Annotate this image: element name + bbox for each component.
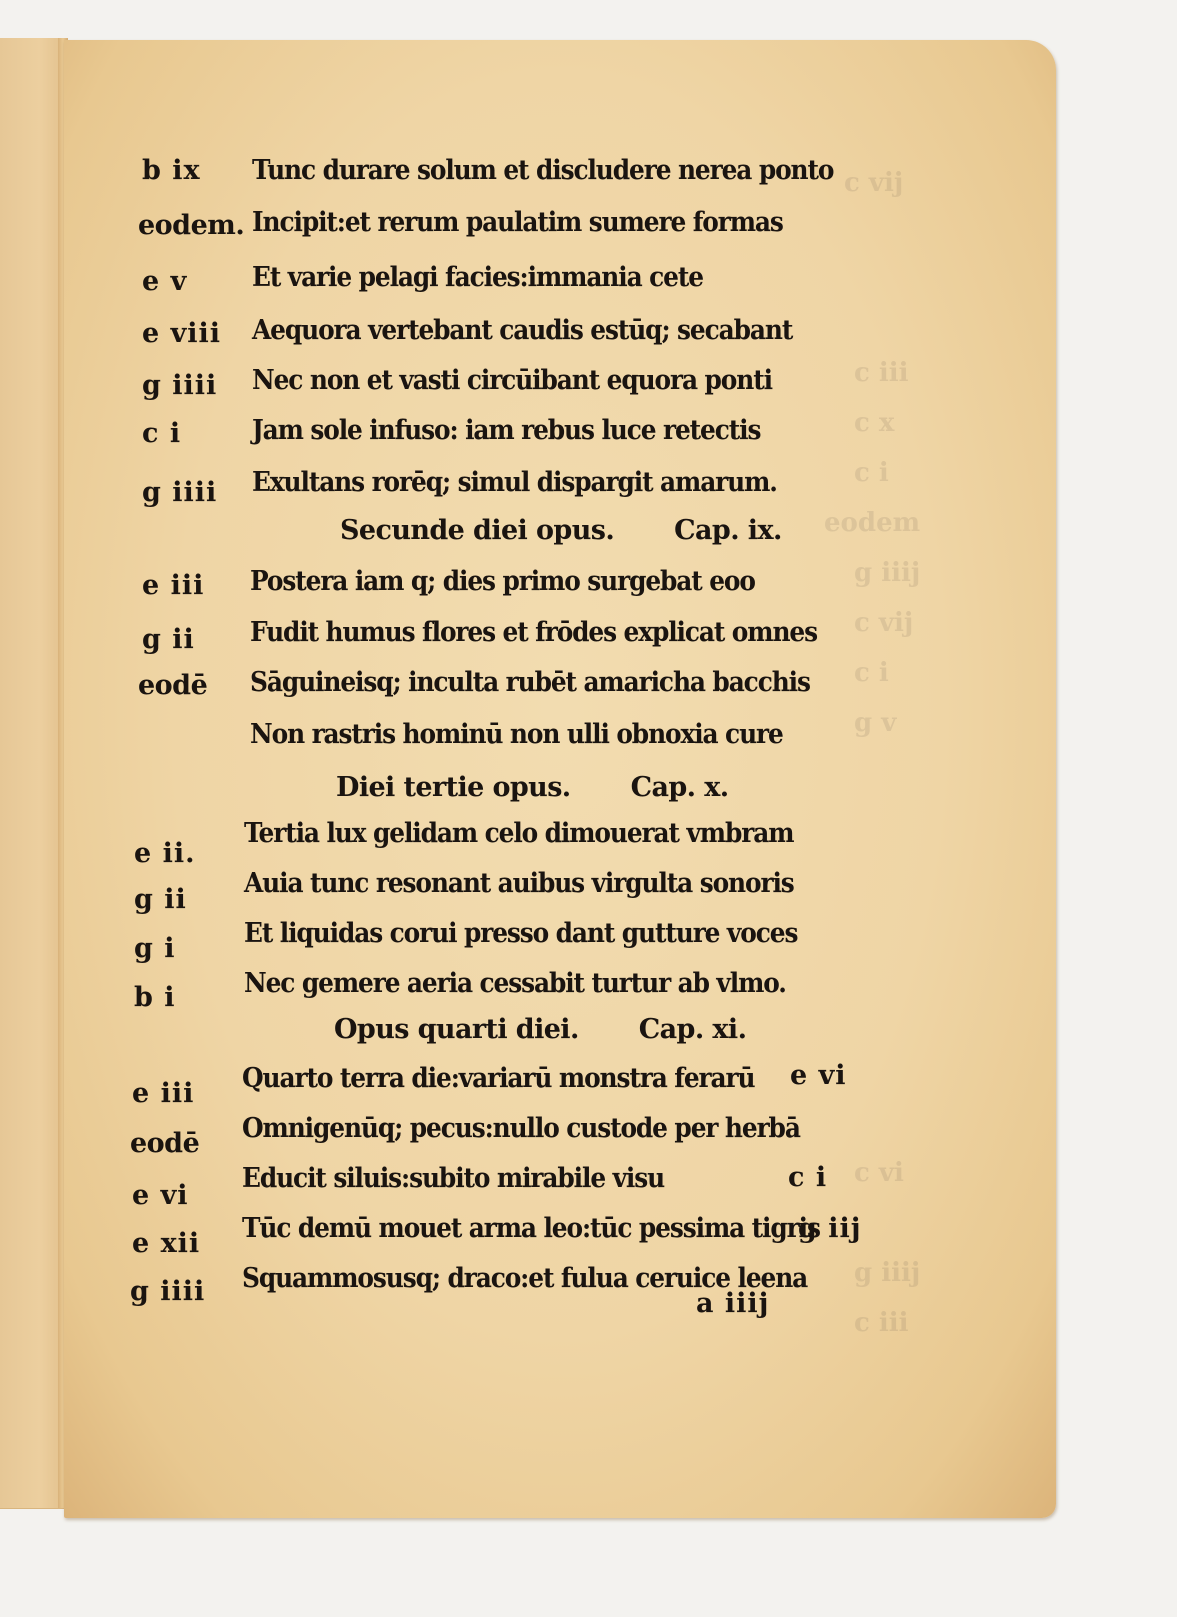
verse-line: Auia tunc resonant auibus virgulta sonor… xyxy=(244,868,794,899)
show-through-text: c x xyxy=(854,408,894,438)
chapter-number: Cap. ix. xyxy=(674,515,782,546)
margin-reference: e iii xyxy=(142,570,204,601)
margin-reference: g i xyxy=(134,933,176,964)
chapter-number: Cap. x. xyxy=(631,772,729,803)
margin-reference: eodē xyxy=(130,1128,199,1159)
margin-reference: e xii xyxy=(132,1228,200,1259)
show-through-text: c vi xyxy=(854,1158,904,1188)
margin-reference: g iiii xyxy=(130,1276,205,1307)
show-through-text: g v xyxy=(854,708,896,738)
verse-line: Sāguineisq; inculta rubēt amaricha bacch… xyxy=(250,667,810,698)
right-margin-reference: c i xyxy=(788,1162,827,1193)
verse-line: Tertia lux gelidam celo dimouerat vmbram xyxy=(244,818,793,849)
verse-line: Quarto terra die:variarū monstra ferarū xyxy=(242,1063,754,1094)
margin-reference: e viii xyxy=(142,318,221,349)
chapter-title: Diei tertie opus. xyxy=(336,772,571,803)
verse-line: Jam sole infuso: iam rebus luce retectis xyxy=(252,415,760,446)
verse-line: Aequora vertebant caudis estūq; secabant xyxy=(252,315,792,346)
right-margin-reference: e vi xyxy=(790,1060,847,1091)
verse-line: Educit siluis:subito mirabile visu xyxy=(242,1163,664,1194)
margin-reference: c i xyxy=(142,418,181,449)
margin-reference: e ii. xyxy=(134,838,196,869)
verse-line: Incipit:et rerum paulatim sumere formas xyxy=(252,207,783,238)
verse-line: Nec gemere aeria cessabit turtur ab vlmo… xyxy=(244,968,786,999)
verse-line: Exultans rorēq; simul dispargit amarum. xyxy=(252,467,777,498)
verse-line: Non rastris hominū non ulli obnoxia cure xyxy=(250,719,783,750)
verse-line: Tunc durare solum et discludere nerea po… xyxy=(252,155,833,186)
chapter-heading: Diei tertie opus.Cap. x. xyxy=(336,772,729,803)
margin-reference: e vi xyxy=(132,1180,189,1211)
margin-reference: g iiii xyxy=(142,477,217,508)
margin-reference: b ix xyxy=(142,155,201,186)
show-through-text: c i xyxy=(854,658,889,688)
show-through-text: g iiij xyxy=(854,1258,920,1288)
chapter-title: Secunde diei opus. xyxy=(340,515,614,546)
margin-reference: eodem. xyxy=(138,210,244,241)
margin-reference: g ii xyxy=(142,624,195,655)
show-through-text: c vij xyxy=(844,168,903,198)
margin-reference: g iiii xyxy=(142,370,217,401)
verse-line: Tūc demū mouet arma leo:tūc pessima tigr… xyxy=(242,1213,820,1244)
verse-line: Nec non et vasti circūibant equora ponti xyxy=(252,365,772,396)
verse-line: Et liquidas corui presso dant gutture vo… xyxy=(244,918,797,949)
chapter-heading: Opus quarti diei.Cap. xi. xyxy=(334,1014,746,1045)
margin-reference: g ii xyxy=(134,884,187,915)
facing-page-edge xyxy=(0,38,66,1509)
verse-line: Et varie pelagi facies:immania cete xyxy=(252,262,703,293)
margin-reference: b i xyxy=(134,982,176,1013)
margin-reference: eodē xyxy=(138,670,207,701)
show-through-text: c vij xyxy=(854,608,913,638)
show-through-text: c iii xyxy=(854,358,909,388)
chapter-heading: Secunde diei opus.Cap. ix. xyxy=(340,515,782,546)
verse-line: Postera iam q; dies primo surgebat eoo xyxy=(250,566,755,597)
margin-reference: e iii xyxy=(132,1078,194,1109)
margin-reference: e v xyxy=(142,266,187,297)
signature-mark: a iiij xyxy=(696,1288,769,1319)
show-through-text: eodem xyxy=(824,508,920,538)
verse-line: Fudit humus flores et frōdes explicat om… xyxy=(250,617,817,648)
show-through-text: c i xyxy=(854,458,889,488)
verse-line: Omnigenūq; pecus:nullo custode per herbā xyxy=(242,1113,800,1144)
show-through-text: g iiij xyxy=(854,558,920,588)
chapter-number: Cap. xi. xyxy=(639,1014,747,1045)
right-margin-reference: g iij xyxy=(798,1213,862,1244)
show-through-text: c iii xyxy=(854,1308,909,1338)
chapter-title: Opus quarti diei. xyxy=(334,1014,579,1045)
